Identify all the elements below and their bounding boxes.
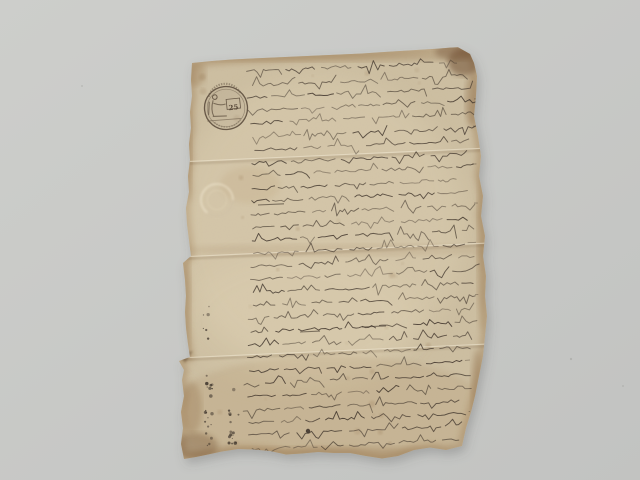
- ink-speckle: [203, 328, 204, 329]
- ink-speckle: [205, 410, 206, 411]
- ink-speckle: [229, 433, 232, 436]
- ink-speckle: [204, 421, 206, 423]
- foxing-dot: [249, 305, 253, 309]
- ink-speckle: [229, 421, 231, 423]
- ink-speckle: [228, 409, 230, 411]
- manuscript-photo: 25: [0, 0, 640, 480]
- ink-speckle: [203, 314, 204, 315]
- foxing-dot: [401, 262, 404, 265]
- foxing-dot: [415, 68, 420, 73]
- ink-speckle: [206, 375, 208, 377]
- foxing-dot: [217, 410, 222, 415]
- ink-speckle: [207, 313, 210, 316]
- foxing-dot: [354, 428, 361, 435]
- foxing-dot: [345, 341, 348, 344]
- foxing-dot: [199, 74, 206, 81]
- foxing-dot: [241, 216, 244, 219]
- foxing-dot: [378, 430, 383, 435]
- ink-speckle: [234, 441, 237, 444]
- foxing-dot: [200, 88, 207, 95]
- ink-speckle: [235, 442, 236, 443]
- ink-speckle: [205, 382, 208, 385]
- ink-speckle: [233, 435, 234, 436]
- ink-speckle: [231, 443, 233, 445]
- foxing-dot: [239, 175, 244, 180]
- ink-speckle: [207, 386, 208, 387]
- foxing-dot: [372, 414, 375, 417]
- photo-canvas: 25: [0, 0, 640, 480]
- ink-speckle: [211, 424, 212, 425]
- background-speck: [81, 85, 83, 87]
- ink-speckle: [232, 438, 233, 439]
- ink-speckle: [209, 394, 213, 398]
- ink-speckle: [207, 417, 208, 418]
- ink-speckle: [238, 414, 240, 416]
- ink-speckle: [229, 430, 232, 433]
- foxing-dot: [311, 74, 313, 76]
- foxing-dot: [336, 219, 340, 223]
- ink-speckle: [205, 432, 207, 434]
- background-speck: [622, 385, 624, 387]
- foxing-dot: [394, 274, 398, 278]
- ink-speckle: [207, 338, 209, 340]
- ink-speckle: [232, 388, 235, 391]
- foxing-dot: [296, 227, 300, 231]
- stamp-value: 25: [228, 102, 239, 112]
- ink-speckle: [228, 442, 231, 445]
- ink-speckle: [207, 445, 208, 446]
- background-speck: [570, 358, 572, 360]
- stain: [170, 355, 490, 465]
- ink-speckle: [211, 388, 212, 389]
- ink-speckle: [208, 306, 210, 308]
- ink-speckle: [207, 426, 209, 428]
- ink-speckle: [208, 443, 210, 445]
- foxing-dot: [370, 369, 375, 374]
- ink-speckle: [229, 414, 232, 417]
- foxing-dot: [264, 397, 267, 400]
- ink-speckle: [208, 387, 211, 390]
- foxing-dot: [276, 268, 279, 271]
- ink-speckle: [232, 431, 235, 434]
- handwriting-word: [462, 283, 473, 284]
- ink-speckle: [210, 384, 213, 387]
- line-end-flourish: [468, 242, 476, 243]
- ink-speckle: [205, 412, 207, 414]
- ink-speckle: [210, 412, 213, 415]
- ink-speckle: [205, 329, 207, 331]
- ink-speckle: [210, 437, 213, 440]
- ink-blot: [306, 429, 310, 433]
- foxing-dot: [418, 82, 421, 85]
